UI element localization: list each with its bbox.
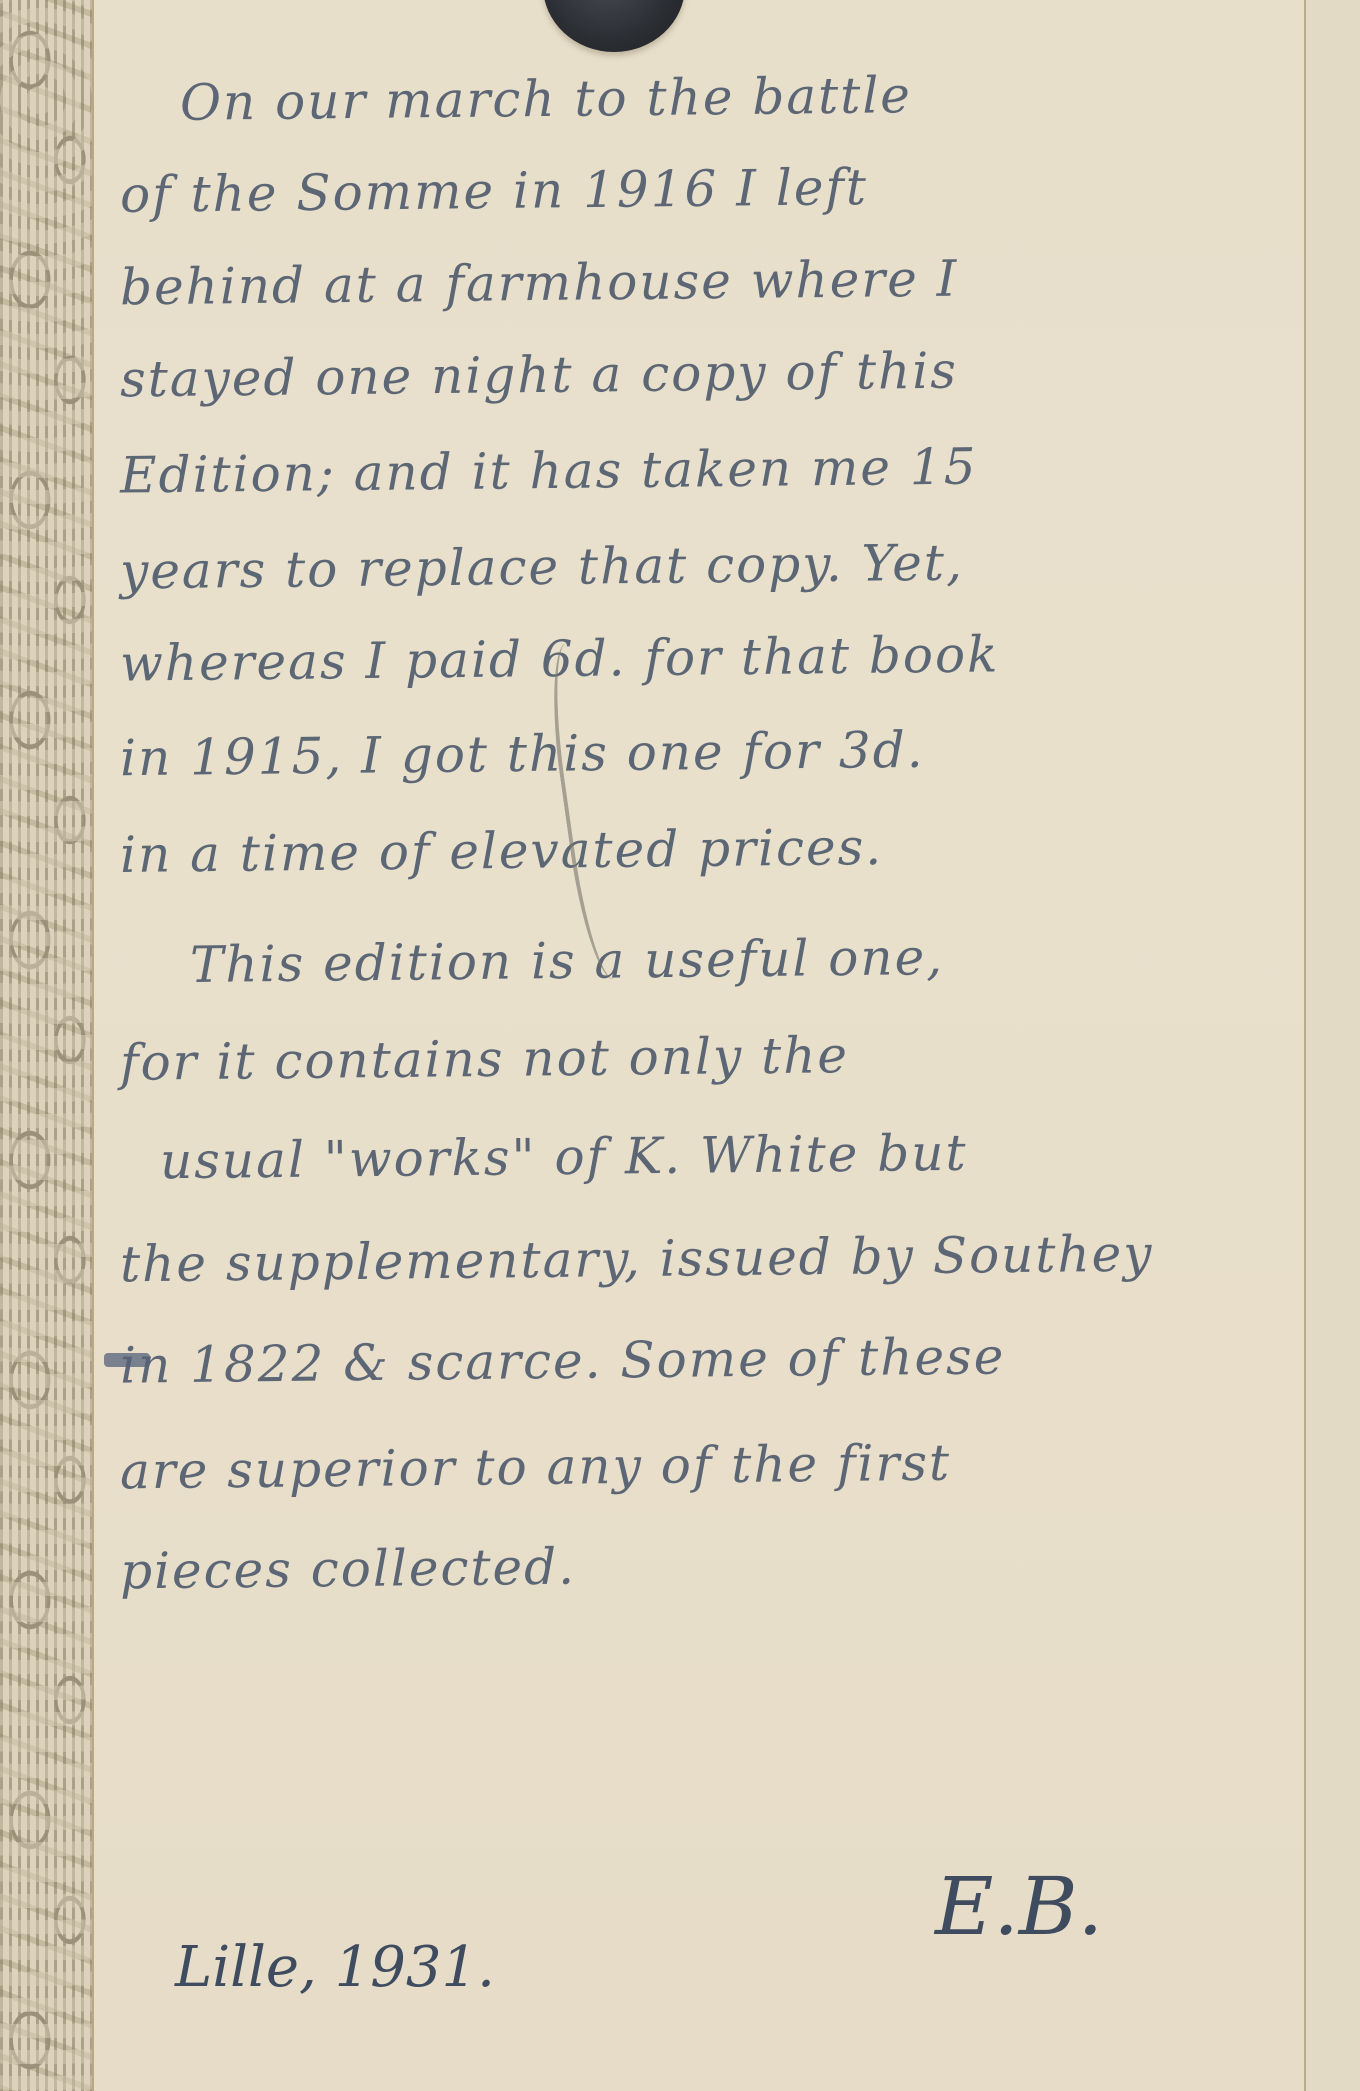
note-line: pieces collected. — [120, 1538, 577, 1601]
note-line: are superior to any of the first — [120, 1434, 952, 1501]
note-line: the supplementary, issued by Southey — [120, 1225, 1154, 1294]
note-line: years to replace that copy. Yet, — [120, 534, 964, 601]
signature-initials: E.B. — [935, 1860, 1103, 1953]
place-date: Lille, 1931. — [175, 1935, 495, 2000]
struck-out-word — [104, 1353, 150, 1367]
note-line: in 1915, I got this one for 3d. — [120, 721, 925, 787]
note-line: in 1822 & scarce. Some of these — [120, 1327, 1006, 1394]
decorative-endpaper — [0, 0, 94, 2091]
note-line: for it contains not only the — [120, 1026, 850, 1092]
note-line: Edition; and it has taken me 15 — [120, 438, 978, 505]
note-line: On our march to the battle — [180, 66, 912, 132]
adjacent-page-strip — [1306, 0, 1360, 2091]
note-line: usual "works" of K. White but — [160, 1124, 968, 1190]
note-line: This edition is a useful one, — [190, 928, 945, 994]
note-line: behind at a farmhouse where I — [120, 250, 959, 317]
note-line: of the Somme in 1916 I left — [120, 158, 869, 224]
note-line: stayed one night a copy of this — [120, 342, 958, 409]
note-line: in a time of elevated prices. — [120, 818, 884, 884]
